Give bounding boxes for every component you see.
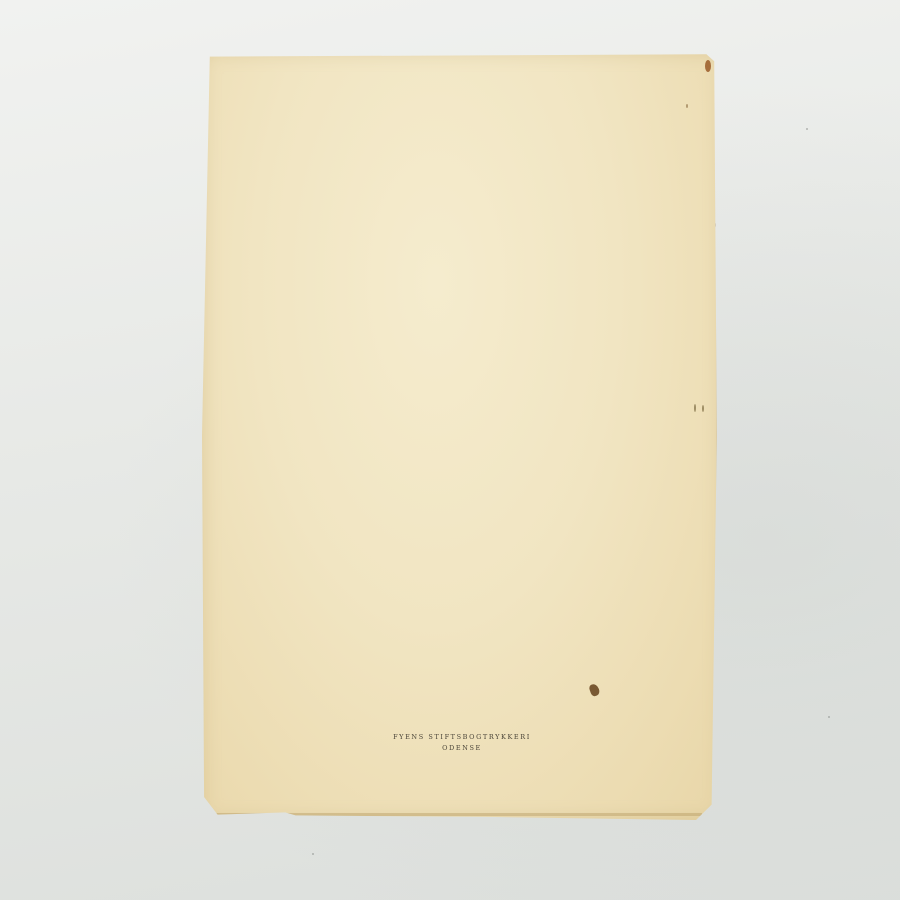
background-speck: [828, 716, 830, 718]
foxing-stain-lower: [588, 683, 601, 697]
foxing-stain-top-right: [705, 60, 711, 72]
paper-mark: [686, 104, 688, 108]
book-back-page: FYENS STIFTSBOGTRYKKERI ODENSE: [202, 52, 722, 820]
paper-mark: [702, 405, 704, 412]
paper-mark: [694, 404, 696, 412]
imprint-city: ODENSE: [202, 743, 722, 754]
printer-imprint: FYENS STIFTSBOGTRYKKERI ODENSE: [202, 732, 722, 754]
background-speck: [312, 853, 314, 855]
imprint-printer-name: FYENS STIFTSBOGTRYKKERI: [202, 732, 722, 743]
background-speck: [806, 128, 808, 130]
